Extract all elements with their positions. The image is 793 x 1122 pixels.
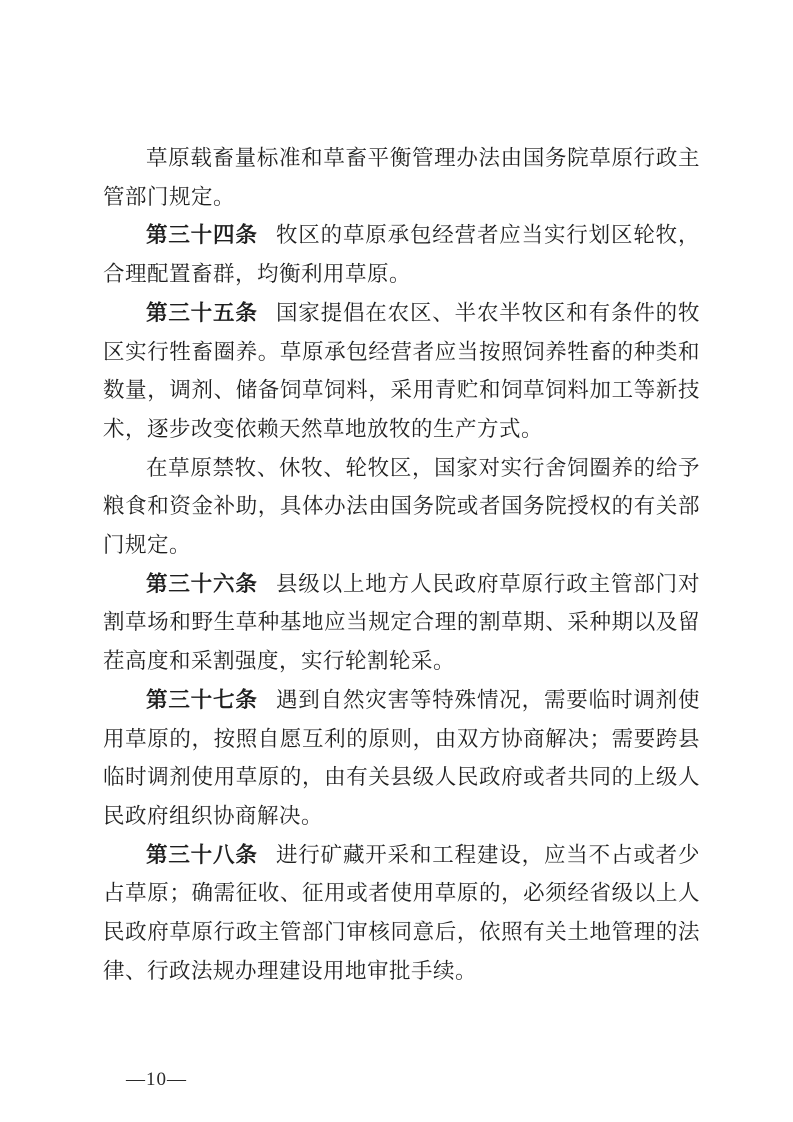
article-number: 第三十五条 xyxy=(146,301,258,325)
paragraph: 在草原禁牧、休牧、轮牧区，国家对实行舍饲圈养的给予粮食和资金补助，具体办法由国务… xyxy=(103,449,700,565)
paragraph-article-36: 第三十六条县级以上地方人民政府草原行政主管部门对割草场和野生草种基地应当规定合理… xyxy=(103,565,700,681)
paragraph: 草原载畜量标准和草畜平衡管理办法由国务院草原行政主管部门规定。 xyxy=(103,139,700,216)
document-body: 草原载畜量标准和草畜平衡管理办法由国务院草原行政主管部门规定。 第三十四条牧区的… xyxy=(103,139,700,990)
article-number: 第三十七条 xyxy=(146,688,258,712)
document-page: 草原载畜量标准和草畜平衡管理办法由国务院草原行政主管部门规定。 第三十四条牧区的… xyxy=(0,0,793,1122)
page-number: —10— xyxy=(126,1068,187,1092)
article-number: 第三十八条 xyxy=(146,843,258,867)
article-number: 第三十四条 xyxy=(146,223,258,247)
paragraph-text: 在草原禁牧、休牧、轮牧区，国家对实行舍饲圈养的给予粮食和资金补助，具体办法由国务… xyxy=(103,456,700,557)
paragraph-article-34: 第三十四条牧区的草原承包经营者应当实行划区轮牧，合理配置畜群，均衡利用草原。 xyxy=(103,216,700,293)
article-number: 第三十六条 xyxy=(146,572,258,596)
paragraph-article-37: 第三十七条遇到自然灾害等特殊情况，需要临时调剂使用草原的，按照自愿互利的原则，由… xyxy=(103,681,700,836)
paragraph-text: 草原载畜量标准和草畜平衡管理办法由国务院草原行政主管部门规定。 xyxy=(103,146,700,209)
paragraph-article-35: 第三十五条国家提倡在农区、半农半牧区和有条件的牧区实行牲畜圈养。草原承包经营者应… xyxy=(103,294,700,449)
paragraph-article-38: 第三十八条进行矿藏开采和工程建设，应当不占或者少占草原；确需征收、征用或者使用草… xyxy=(103,836,700,991)
